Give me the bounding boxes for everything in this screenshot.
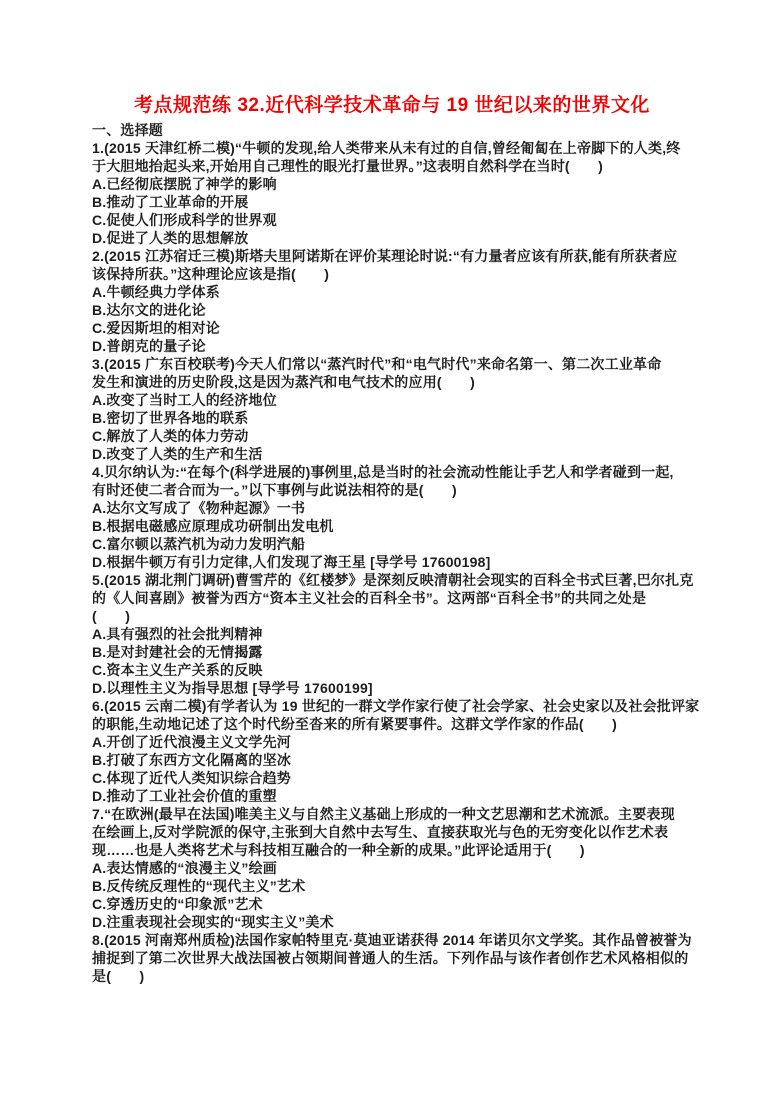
- question-stem-line: 6.(2015 云南二模)有学者认为 19 世纪的一群文学作家行使了社会学家、社…: [92, 697, 692, 715]
- answer-option: C.富尔顿以蒸汽机为动力发明汽船: [92, 535, 692, 553]
- section-header: 一、选择题: [92, 121, 692, 139]
- answer-option: D.改变了人类的生产和生活: [92, 445, 692, 463]
- answer-option: C.资本主义生产关系的反映: [92, 661, 692, 679]
- question: 4.贝尔纳认为:“在每个(科学进展的)事例里,总是当时的社会流动性能让手艺人和学…: [92, 463, 692, 571]
- question: 8.(2015 河南郑州质检)法国作家帕特里克·莫迪亚诺获得 2014 年诺贝尔…: [92, 931, 692, 985]
- worksheet-content: 考点规范练 32.近代科学技术革命与 19 世纪以来的世界文化 一、选择题 1.…: [92, 93, 692, 985]
- answer-option: B.密切了世界各地的联系: [92, 409, 692, 427]
- answer-option: D.促进了人类的思想解放: [92, 229, 692, 247]
- answer-option: C.体现了近代人类知识综合趋势: [92, 769, 692, 787]
- question: 7.“在欧洲(最早在法国)唯美主义与自然主义基础上形成的一种文艺思潮和艺术流派。…: [92, 805, 692, 931]
- question-stem-line: 的《人间喜剧》被誉为西方“资本主义社会的百科全书”。这两部“百科全书”的共同之处…: [92, 589, 692, 607]
- answer-option: B.推动了工业革命的开展: [92, 193, 692, 211]
- answer-option: B.根据电磁感应原理成功研制出发电机: [92, 517, 692, 535]
- question-stem-line: 在绘画上,反对学院派的保守,主张到大自然中去写生、直接获取光与色的无穷变化以作艺…: [92, 823, 692, 841]
- question-stem-line: 捕捉到了第二次世界大战法国被占领期间普通人的生活。下列作品与该作者创作艺术风格相…: [92, 949, 692, 967]
- question-list: 1.(2015 天津红桥二模)“牛顿的发现,给人类带来从未有过的自信,曾经匍匐在…: [92, 139, 692, 985]
- question: 1.(2015 天津红桥二模)“牛顿的发现,给人类带来从未有过的自信,曾经匍匐在…: [92, 139, 692, 247]
- answer-option: D.注重表现社会现实的“现实主义”美术: [92, 913, 692, 931]
- question-stem-line: 4.贝尔纳认为:“在每个(科学进展的)事例里,总是当时的社会流动性能让手艺人和学…: [92, 463, 692, 481]
- answer-option: D.根据牛顿万有引力定律,人们发现了海王星 [导学号 17600198]: [92, 553, 692, 571]
- question-stem-line: 该保持所获。”这种理论应该是指( ): [92, 265, 692, 283]
- question-stem-line: 2.(2015 江苏宿迁三模)斯塔夫里阿诺斯在评价某理论时说:“有力量者应该有所…: [92, 247, 692, 265]
- question-stem-line: 8.(2015 河南郑州质检)法国作家帕特里克·莫迪亚诺获得 2014 年诺贝尔…: [92, 931, 692, 949]
- answer-option: C.解放了人类的体力劳动: [92, 427, 692, 445]
- study-guide-number-tag: [导学号 17600199]: [248, 680, 372, 696]
- worksheet-title: 考点规范练 32.近代科学技术革命与 19 世纪以来的世界文化: [92, 93, 692, 118]
- question-stem-line: 5.(2015 湖北荆门调研)曹雪芹的《红楼梦》是深刻反映清朝社会现实的百科全书…: [92, 571, 692, 589]
- question-stem-line: 1.(2015 天津红桥二模)“牛顿的发现,给人类带来从未有过的自信,曾经匍匐在…: [92, 139, 692, 157]
- question-stem-line: 于大胆地抬起头来,开始用自己理性的眼光打量世界。”这表明自然科学在当时( ): [92, 157, 692, 175]
- question: 2.(2015 江苏宿迁三模)斯塔夫里阿诺斯在评价某理论时说:“有力量者应该有所…: [92, 247, 692, 355]
- answer-option: A.具有强烈的社会批判精神: [92, 625, 692, 643]
- answer-option: D.普朗克的量子论: [92, 337, 692, 355]
- question: 3.(2015 广东百校联考)今天人们常以“蒸汽时代”和“电气时代”来命名第一、…: [92, 355, 692, 463]
- answer-option: A.开创了近代浪漫主义文学先河: [92, 733, 692, 751]
- answer-option: A.牛顿经典力学体系: [92, 283, 692, 301]
- question: 5.(2015 湖北荆门调研)曹雪芹的《红楼梦》是深刻反映清朝社会现实的百科全书…: [92, 571, 692, 697]
- question-stem-line: 是( ): [92, 967, 692, 985]
- answer-option: D.以理性主义为指导思想 [导学号 17600199]: [92, 679, 692, 697]
- answer-option: D.推动了工业社会价值的重塑: [92, 787, 692, 805]
- question-stem-line: ( ): [92, 607, 692, 625]
- answer-option: A.已经彻底摆脱了神学的影响: [92, 175, 692, 193]
- answer-option: B.反传统反理性的“现代主义”艺术: [92, 877, 692, 895]
- answer-option: B.达尔文的进化论: [92, 301, 692, 319]
- question-stem-line: 现……也是人类将艺术与科技相互融合的一种全新的成果。”此评论适用于( ): [92, 841, 692, 859]
- answer-option: C.穿透历史的“印象派”艺术: [92, 895, 692, 913]
- question-stem-line: 3.(2015 广东百校联考)今天人们常以“蒸汽时代”和“电气时代”来命名第一、…: [92, 355, 692, 373]
- answer-option: B.是对封建社会的无情揭露: [92, 643, 692, 661]
- answer-option: A.达尔文写成了《物种起源》一书: [92, 499, 692, 517]
- question-stem-line: 的职能,生动地记述了这个时代纷至沓来的所有紧要事件。这群文学作家的作品( ): [92, 715, 692, 733]
- question: 6.(2015 云南二模)有学者认为 19 世纪的一群文学作家行使了社会学家、社…: [92, 697, 692, 805]
- answer-option: A.表达情感的“浪漫主义”绘画: [92, 859, 692, 877]
- answer-option: C.促使人们形成科学的世界观: [92, 211, 692, 229]
- answer-option: A.改变了当时工人的经济地位: [92, 391, 692, 409]
- question-stem-line: 发生和演进的历史阶段,这是因为蒸汽和电气技术的应用( ): [92, 373, 692, 391]
- question-stem-line: 7.“在欧洲(最早在法国)唯美主义与自然主义基础上形成的一种文艺思潮和艺术流派。…: [92, 805, 692, 823]
- study-guide-number-tag: [导学号 17600198]: [366, 554, 490, 570]
- document-page: 考点规范练 32.近代科学技术革命与 19 世纪以来的世界文化 一、选择题 1.…: [0, 0, 780, 1105]
- answer-option: C.爱因斯坦的相对论: [92, 319, 692, 337]
- answer-option: B.打破了东西方文化隔离的坚冰: [92, 751, 692, 769]
- question-stem-line: 有时还使二者合而为一。”以下事例与此说法相符的是( ): [92, 481, 692, 499]
